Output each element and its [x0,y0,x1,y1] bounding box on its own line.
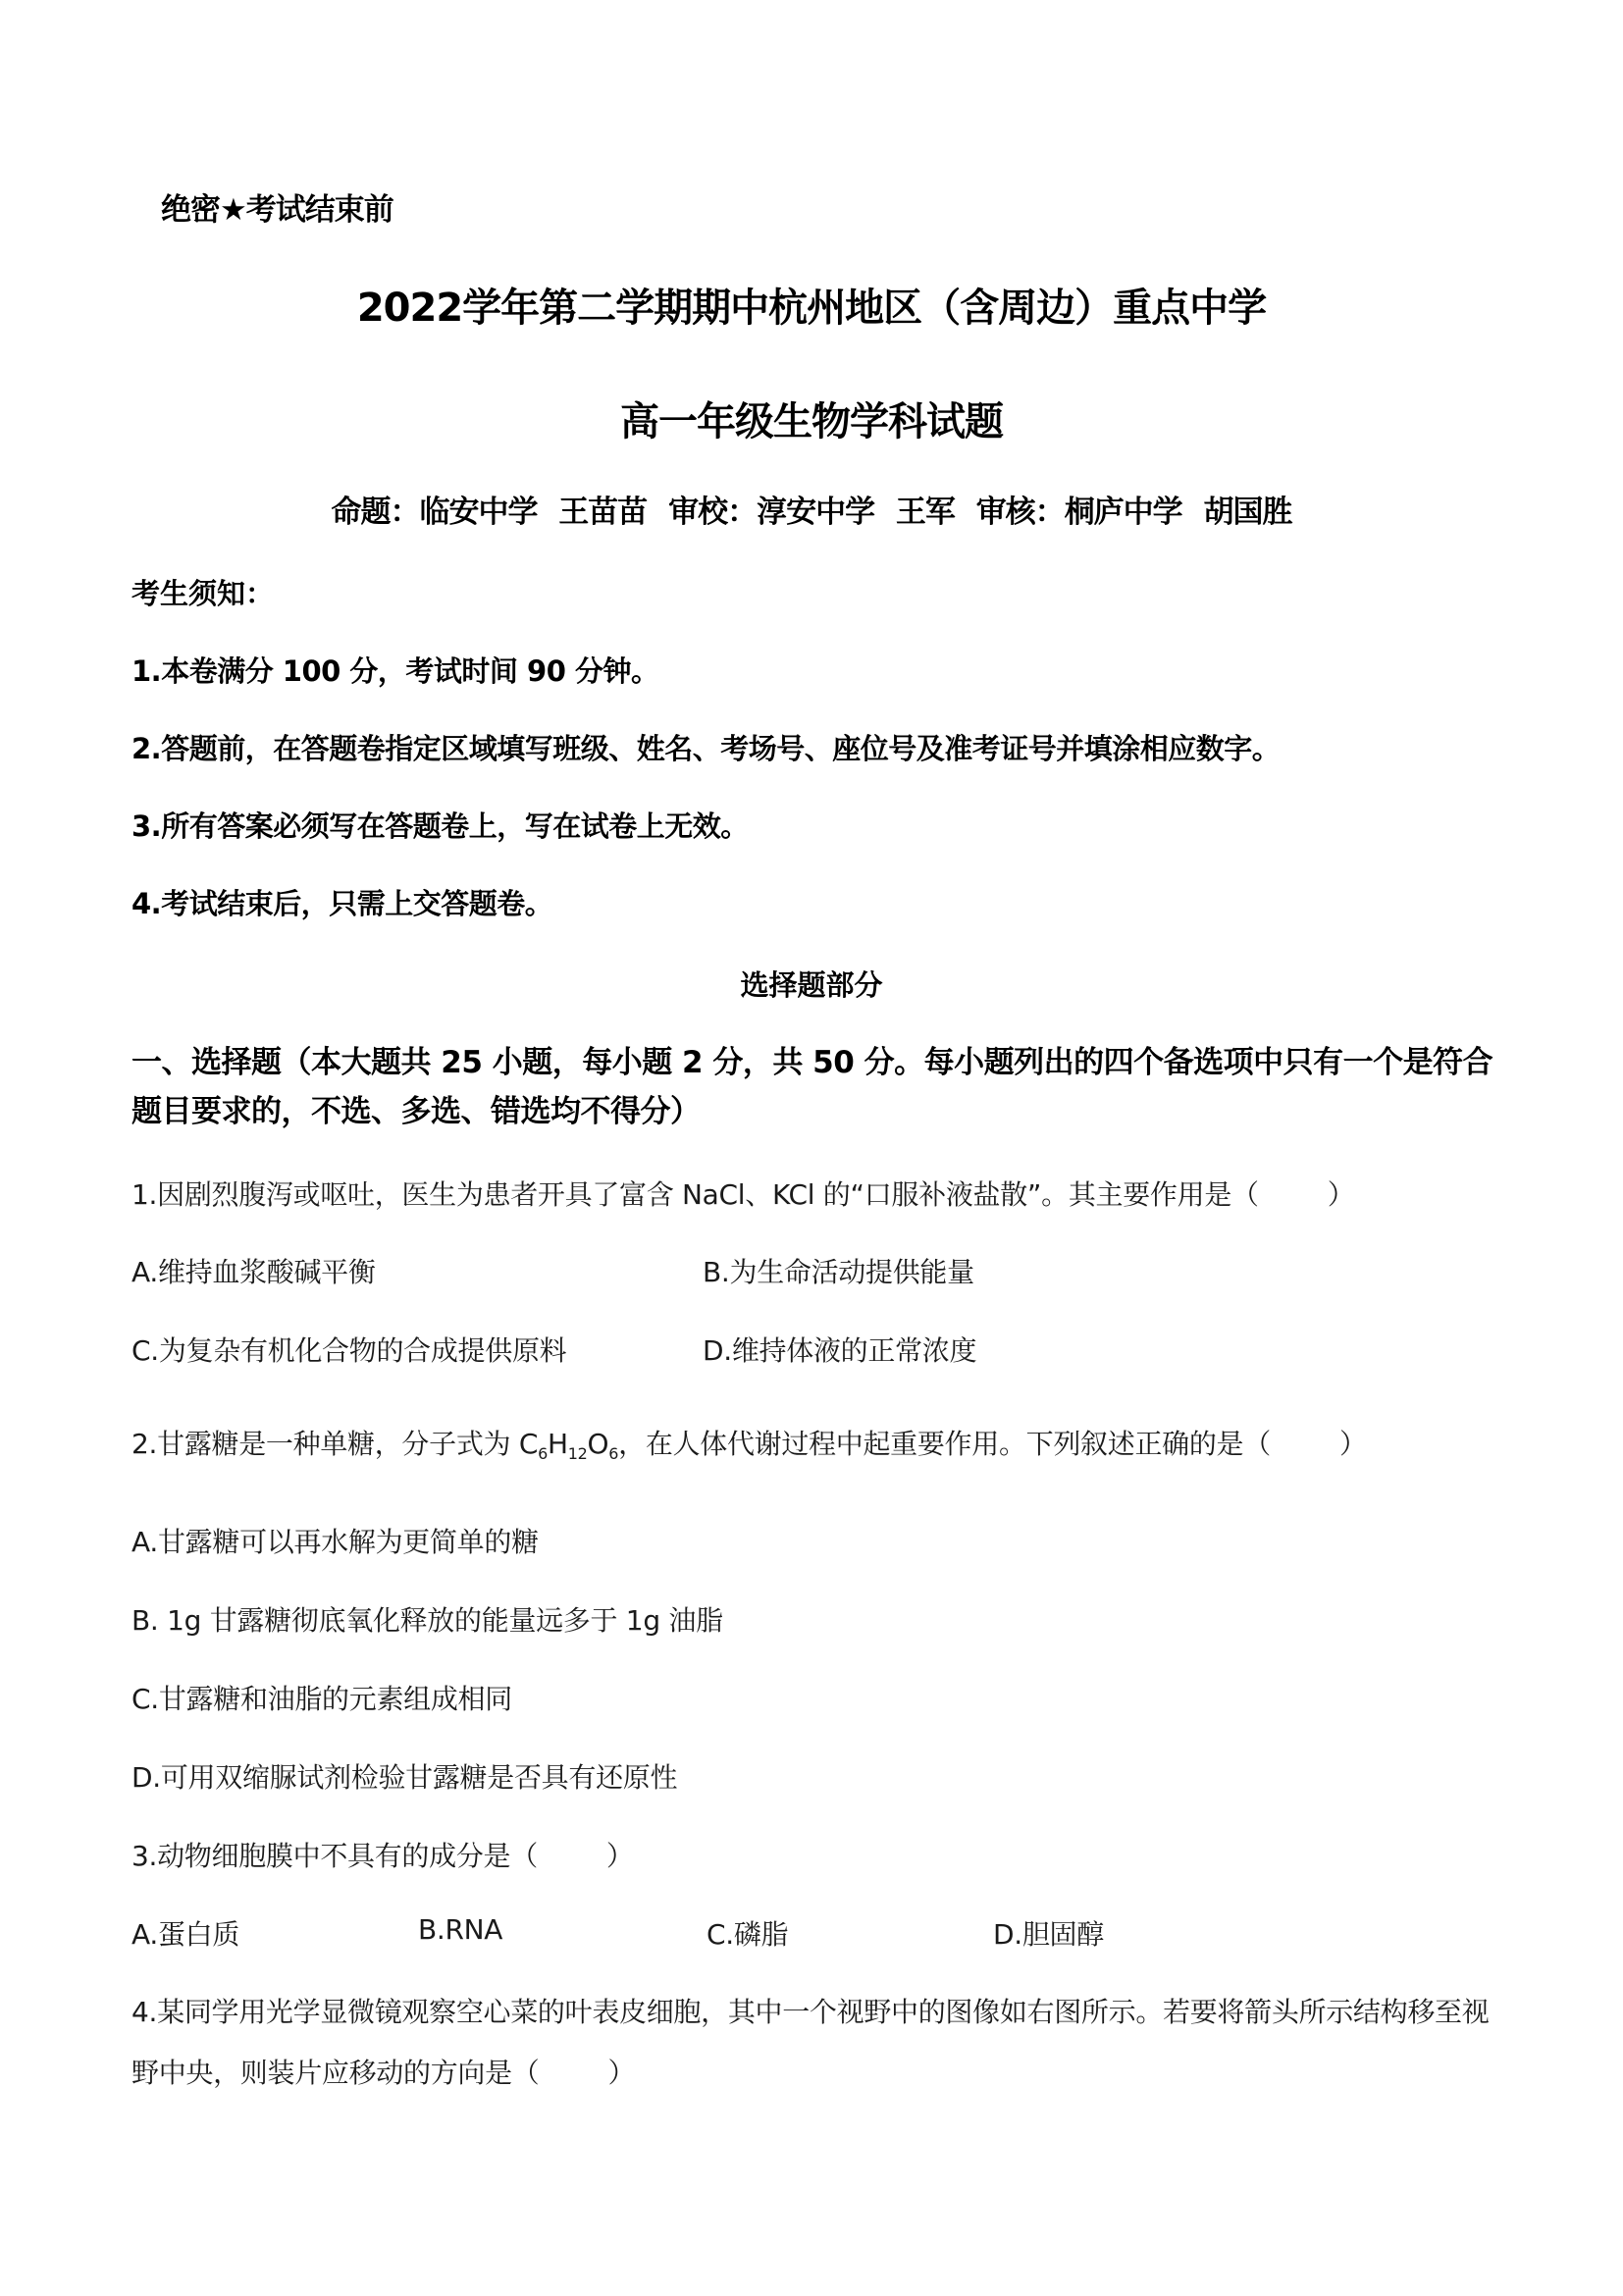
question-1-option-a: A.维持血浆酸碱平衡 [131,1251,376,1290]
question-3-option-c: C.磷脂 [707,1913,788,1953]
exam-subtitle: 高一年级生物学科试题 [0,391,1623,446]
notice-item-1: 1.本卷满分 100 分，考试时间 90 分钟。 [131,650,658,690]
question-2-stem: 2.甘露糖是一种单糖，分子式为 C6H12O6，在人体代谢过程中起重要作用。下列… [131,1423,1367,1462]
approver-name: 胡国胜 [1203,495,1291,530]
approver: 审核：桐庐中学 [976,495,1182,530]
notice-item-4: 4.考试结束后，只需上交答题卷。 [131,882,552,922]
exam-title: 2022学年第二学期期中杭州地区（含周边）重点中学 [0,277,1623,333]
question-3-stem: 3.动物细胞膜中不具有的成分是（） [131,1835,634,1874]
section-title: 选择题部分 [0,964,1623,1004]
question-2-option-d: D.可用双缩脲试剂检验甘露糖是否具有还原性 [131,1756,677,1796]
question-3-option-d: D.胆固醇 [993,1913,1104,1953]
question-1-stem: 1.因剧烈腹泻或呕吐，医生为患者开具了富含 NaCl、KCl 的“口服补液盐散”… [131,1174,1354,1213]
reviewer: 审校：淳安中学 [668,495,874,530]
part-instructions: 一、选择题（本大题共 25 小题，每小题 2 分，共 50 分。每小题列出的四个… [131,1038,1505,1136]
question-3-option-b: B.RNA [418,1913,502,1946]
notice-item-3: 3.所有答案必须写在答题卷上，写在试卷上无效。 [131,805,749,845]
authors-line: 命题：临安中学 王苗苗 审校：淳安中学 王军 审核：桐庐中学 胡国胜 [0,487,1623,531]
question-2-option-a: A.甘露糖可以再水解为更简单的糖 [131,1521,539,1560]
notice-heading: 考生须知： [131,572,274,612]
question-3-option-a: A.蛋白质 [131,1913,239,1953]
setter: 命题：临安中学 [332,495,538,530]
confidential-label: 绝密★考试结束前 [161,184,393,229]
question-2-option-b: B. 1g 甘露糖彻底氧化释放的能量远多于 1g 油脂 [131,1599,723,1639]
reviewer-name: 王军 [896,495,955,530]
question-2-option-c: C.甘露糖和油脂的元素组成相同 [131,1678,512,1717]
question-1-option-b: B.为生命活动提供能量 [703,1251,974,1290]
question-1-option-c: C.为复杂有机化合物的合成提供原料 [131,1330,566,1369]
setter-name: 王苗苗 [558,495,647,530]
notice-item-2: 2.答题前，在答题卷指定区域填写班级、姓名、考场号、座位号及准考证号并填涂相应数… [131,727,1280,767]
question-1-option-d: D.维持体液的正常浓度 [703,1330,976,1369]
question-4-stem: 4.某同学用光学显微镜观察空心菜的叶表皮细胞，其中一个视野中的图像如右图所示。若… [131,1982,1505,2104]
